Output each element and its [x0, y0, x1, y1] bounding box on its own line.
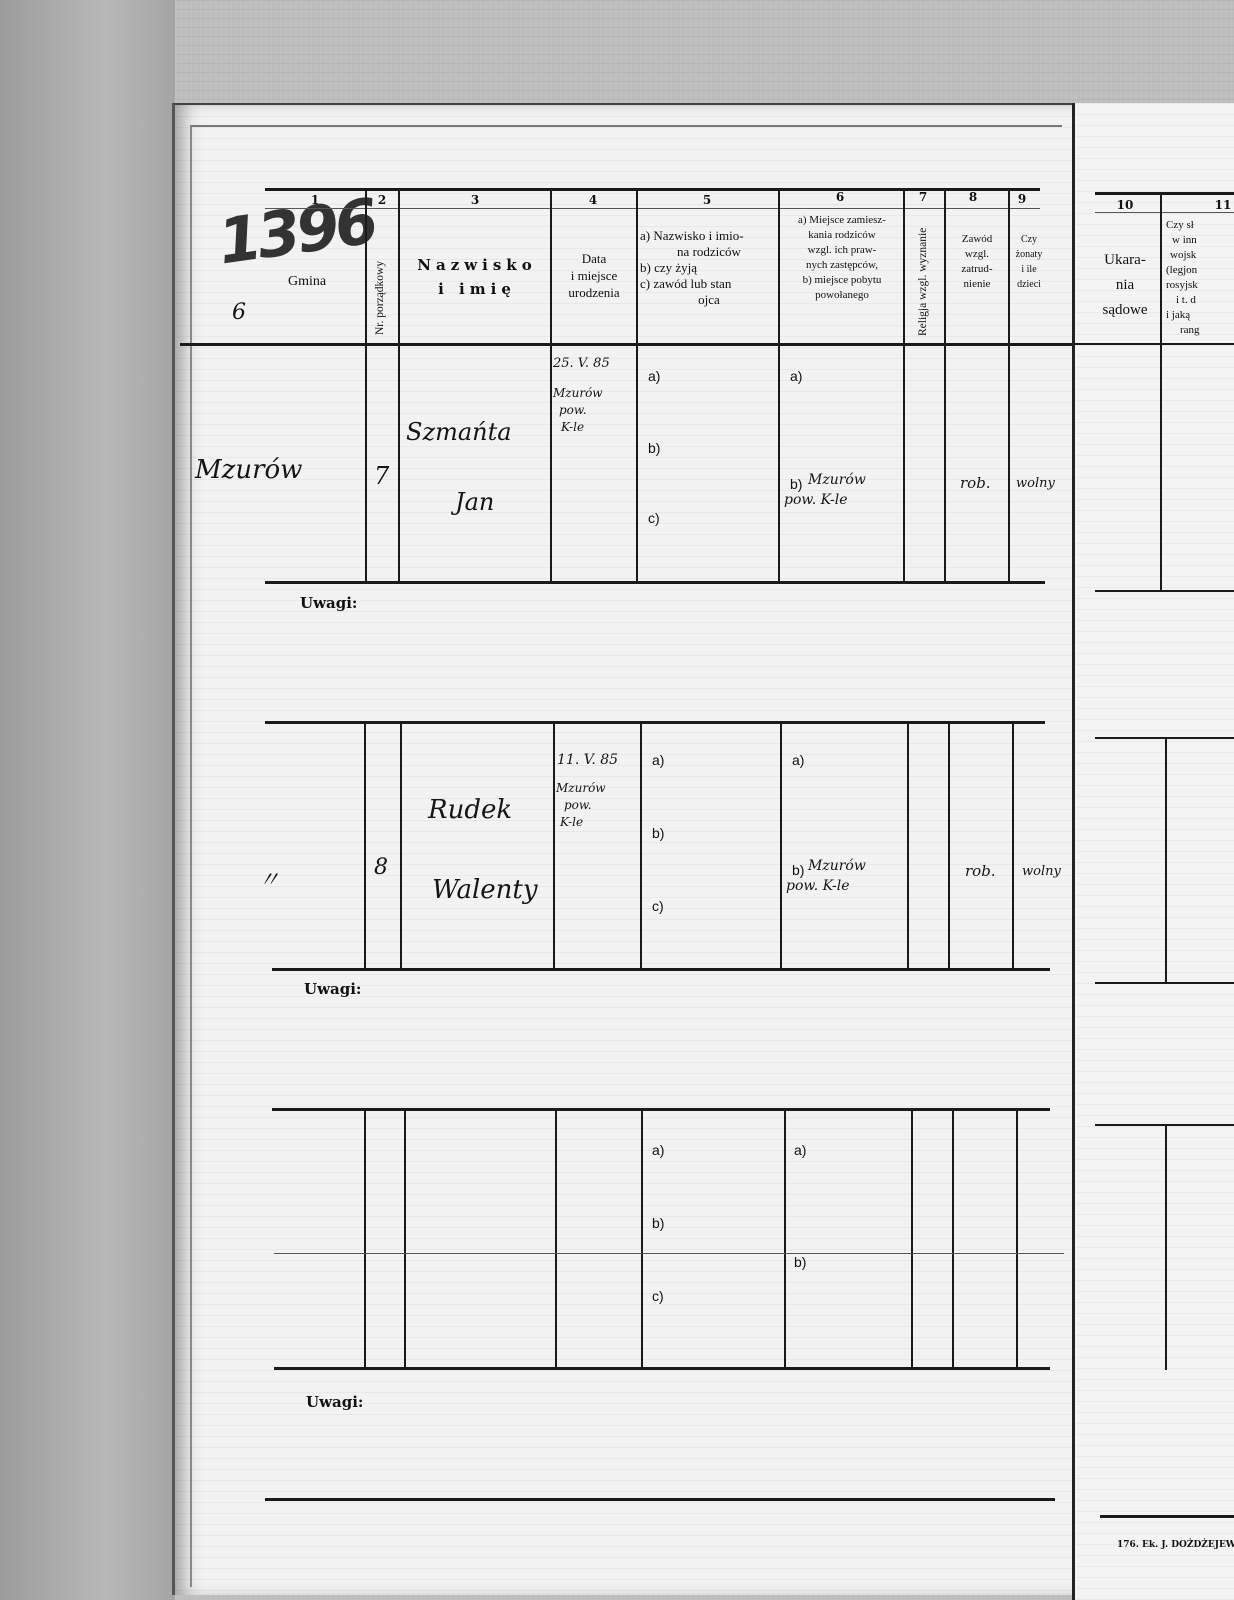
col-4-number: 4 [583, 193, 603, 207]
entry-1-nr[interactable]: 7 [374, 462, 389, 490]
col-gmina-header: Gmina [288, 274, 326, 289]
col-8-number: 8 [963, 190, 983, 204]
entry-3-residence-b-label: b) [794, 1254, 806, 1270]
col-birth-header: Data i miejsce urodzenia [552, 250, 636, 301]
entry-1-parents-b-label: b) [648, 440, 660, 456]
entry-3-parents-b-label: b) [652, 1215, 664, 1231]
col-2-number: 2 [372, 193, 392, 207]
entry-1-marital-status[interactable]: wolny [1016, 476, 1055, 491]
entry-2-remarks-label: Uwagi: [304, 980, 361, 998]
entry-1-birth-place[interactable]: Mzurów pow. K-le [553, 385, 603, 436]
col-occupation-header: Zawód wzgl. zatrud- nienie [946, 232, 1008, 292]
entry-3-residence-a-label: a) [794, 1142, 806, 1158]
entry-2-birth-date[interactable]: 11. V. 85 [557, 752, 618, 768]
col-nr-header: Nr. porządkowy [374, 235, 386, 335]
entry-1-gmina[interactable]: Mzurów [195, 455, 302, 485]
col-military-header: Czy sł w inn wojsk (legjon rosyjsk i t. … [1166, 218, 1234, 338]
entry-2-parents-c-label: c) [652, 898, 664, 914]
entry-1-residence-a-label: a) [790, 368, 802, 384]
entry-1-birth-date[interactable]: 25. V. 85 [553, 356, 610, 371]
entry-3-name[interactable] [406, 1112, 554, 1366]
col-religion-header: Religja wzgl. wyznanie [917, 208, 929, 336]
col-1-number: 1 [305, 193, 325, 207]
entry-2-parents-a-label: a) [652, 752, 664, 768]
col-7-number: 7 [913, 190, 933, 204]
entry-2-birth-place[interactable]: Mzurów pow. K-le [556, 780, 606, 831]
entry-1-parents-c-label: c) [648, 510, 660, 526]
entry-3-remarks-area[interactable] [274, 1410, 1050, 1495]
col-penalties-header: Ukara- nia sądowe [1090, 248, 1160, 323]
col-6-number: 6 [830, 190, 850, 204]
entry-2-marital-status[interactable]: wolny [1022, 864, 1061, 879]
archive-mark: 6 [232, 300, 246, 325]
entry-3-remarks-label: Uwagi: [306, 1393, 363, 1411]
entry-1-residence-b[interactable]: Mzurów pow. K-le [808, 470, 866, 510]
entry-2-gmina[interactable]: 〃 [258, 863, 280, 894]
col-9-number: 9 [1012, 192, 1032, 206]
entry-1-first-name[interactable]: Jan [455, 488, 494, 516]
entry-2-residence-b[interactable]: Mzurów pow. K-le [808, 856, 866, 896]
col-married-header: Czy żonaty i ile dzieci [1010, 232, 1048, 292]
col-3-number: 3 [465, 193, 485, 207]
col-name-header-line1: Nazwisko [402, 252, 552, 278]
col-parents-header: a) Nazwisko i imio- na rodziców b) czy ż… [640, 228, 778, 308]
entry-2-first-name[interactable]: Walenty [432, 875, 538, 905]
entry-2-surname[interactable]: Rudek [428, 795, 512, 825]
entry-2-nr[interactable]: 8 [374, 855, 388, 880]
entry-3-nr[interactable] [366, 1112, 403, 1366]
col-name-header-line2: i imię [402, 276, 552, 302]
entry-1-surname[interactable]: Szmańta [406, 418, 512, 446]
entry-1-parents-a-label: a) [648, 368, 660, 384]
col-5-number: 5 [697, 193, 717, 207]
col-11-number: 11 [1208, 198, 1234, 212]
entry-3-parents-a-label: a) [652, 1142, 664, 1158]
entry-3-gmina[interactable] [270, 1112, 362, 1366]
entry-1-occupation[interactable]: rob. [960, 474, 991, 492]
entry-1-remarks-area[interactable] [265, 610, 1045, 720]
entry-3-birth[interactable] [557, 1112, 640, 1366]
entry-3-parents-c-label: c) [652, 1288, 664, 1304]
entry-2-parents-b-label: b) [652, 825, 664, 841]
entry-2-remarks-area[interactable] [272, 998, 1050, 1108]
scan-background [0, 0, 175, 1600]
col-residence-header: a) Miejsce zamiesz- kania rodziców wzgl.… [781, 213, 903, 303]
entry-2-occupation[interactable]: rob. [965, 862, 996, 880]
printer-imprint: 176. Ek. J. DOŻDŻEJEWSKI [1117, 1540, 1234, 1550]
col-10-number: 10 [1110, 198, 1140, 212]
entry-2-residence-a-label: a) [792, 752, 804, 768]
